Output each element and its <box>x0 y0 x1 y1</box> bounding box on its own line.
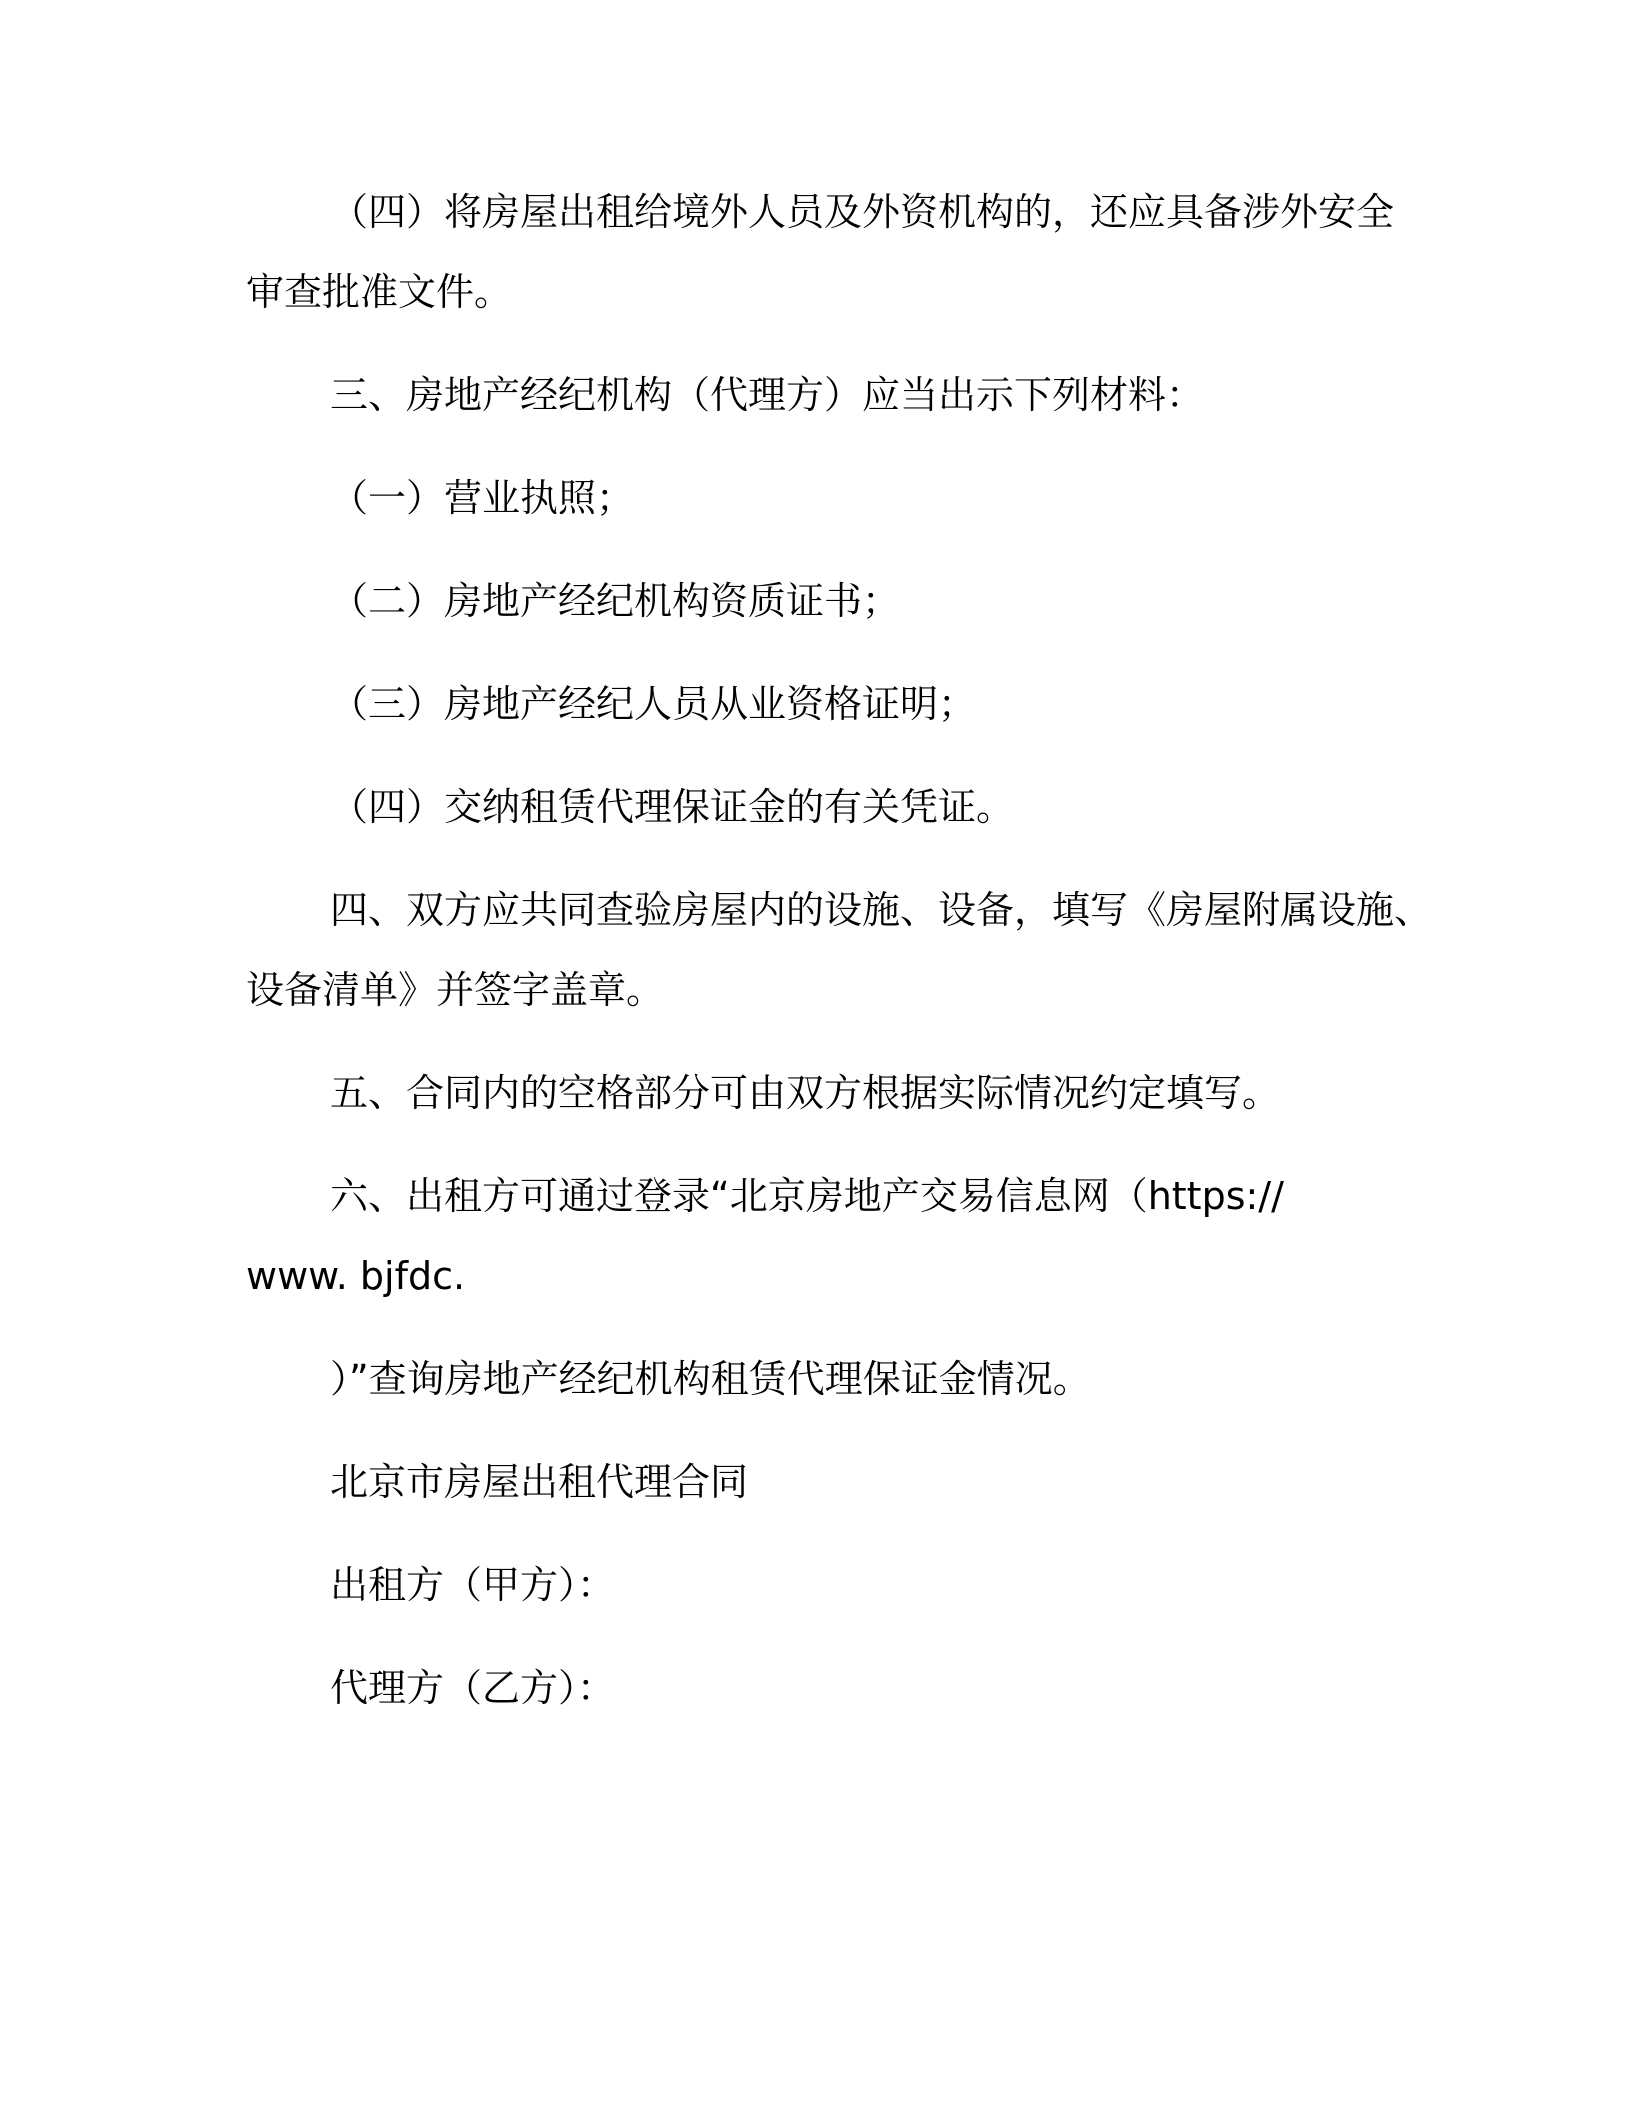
contract-title: 北京市房屋出租代理合同 <box>246 1442 1532 1522</box>
clause-4-inspect-facilities: 四、双方应共同查验房屋内的设施、设备，填写《房屋附属设施、 设备清单》并签字盖章… <box>246 870 1532 1030</box>
clause-6-website-lookup: 六、出租方可通过登录“北京房地产交易信息网（https:// www. bjfd… <box>246 1156 1532 1316</box>
document-page: （四）将房屋出租给境外人员及外资机构的，还应具备涉外安全 审查批准文件。 三、房… <box>0 0 1632 2112</box>
agent-party-line: 代理方（乙方）： <box>246 1648 1532 1728</box>
lessor-party-line: 出租方（甲方）： <box>246 1545 1532 1625</box>
agency-item-1-business-license: （一）营业执照； <box>246 458 1532 538</box>
contract-document: （四）将房屋出租给境外人员及外资机构的，还应具备涉外安全 审查批准文件。 三、房… <box>0 0 1632 2112</box>
clause-3-agency-materials-heading: 三、房地产经纪机构（代理方）应当出示下列材料： <box>246 355 1532 435</box>
agency-item-3-practitioner-cert: （三）房地产经纪人员从业资格证明； <box>246 664 1532 744</box>
clause-5-blank-fields: 五、合同内的空格部分可由双方根据实际情况约定填写。 <box>246 1053 1532 1133</box>
agency-item-4-deposit-receipt: （四）交纳租赁代理保证金的有关凭证。 <box>246 767 1532 847</box>
clause-lessor-item-4-foreign-rental: （四）将房屋出租给境外人员及外资机构的，还应具备涉外安全 审查批准文件。 <box>246 172 1532 332</box>
clause-6-website-lookup-continued: ）”查询房地产经纪机构租赁代理保证金情况。 <box>246 1339 1532 1419</box>
agency-item-2-qualification-cert: （二）房地产经纪机构资质证书； <box>246 561 1532 641</box>
